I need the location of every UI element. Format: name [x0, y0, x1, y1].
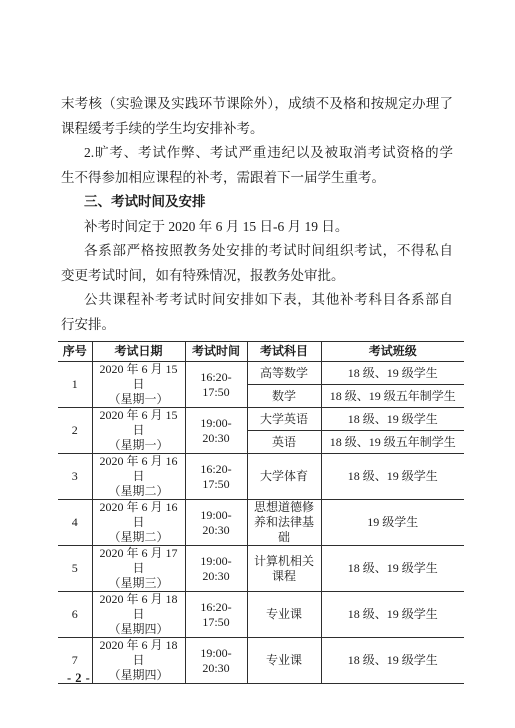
cell-seq: 4: [58, 500, 92, 546]
cell-time: 19:00-20:30: [185, 408, 247, 454]
table-row: 2 2020 年 6 月 15 日 （星期一） 19:00-20:30 大学英语…: [58, 408, 464, 431]
body-line: 2.旷考、考试作弊、考试严重违纪以及被取消考试资格的学: [61, 141, 453, 166]
cell-weekday: （星期一）: [95, 392, 183, 407]
cell-seq: 3: [58, 454, 92, 500]
cell-time: 16:20-17:50: [185, 362, 247, 408]
cell-date-line: 2020 年 6 月 18 日: [95, 592, 183, 622]
cell-subject: 大学英语: [247, 408, 321, 431]
cell-date: 2020 年 6 月 18 日 （星期四）: [92, 592, 185, 638]
col-header-classes: 考试班级: [321, 342, 464, 362]
cell-classes: 18 级、19 级学生: [321, 454, 464, 500]
body-line: 行安排。: [61, 313, 453, 338]
table-row: 3 2020 年 6 月 16 日 （星期二） 16:20-17:50 大学体育…: [58, 454, 464, 500]
body-line: 变更考试时间，如有特殊情况，报教务处审批。: [61, 264, 453, 289]
cell-date: 2020 年 6 月 16 日 （星期二）: [92, 500, 185, 546]
body-line: 课程缓考手续的学生均安排补考。: [61, 117, 453, 142]
cell-classes: 18 级、19 级五年制学生: [321, 431, 464, 454]
cell-seq: 5: [58, 546, 92, 592]
table-row: 1 2020 年 6 月 15 日 （星期一） 16:20-17:50 高等数学…: [58, 362, 464, 385]
cell-subject: 数学: [247, 385, 321, 408]
cell-date-line: 2020 年 6 月 18 日: [95, 638, 183, 668]
cell-subject: 高等数学: [247, 362, 321, 385]
cell-classes: 18 级、19 级五年制学生: [321, 385, 464, 408]
cell-seq: 2: [58, 408, 92, 454]
table-row: 6 2020 年 6 月 18 日 （星期四） 16:20-17:50 专业课 …: [58, 592, 464, 638]
cell-subject: 专业课: [247, 638, 321, 684]
col-header-time: 考试时间: [185, 342, 247, 362]
section-heading: 三、考试时间及安排: [61, 190, 453, 215]
body-line: 补考时间定于 2020 年 6 月 15 日-6 月 19 日。: [61, 215, 453, 240]
cell-classes: 18 级、19 级学生: [321, 592, 464, 638]
table-row: 5 2020 年 6 月 17 日 （星期三） 19:00-20:30 计算机相…: [58, 546, 464, 592]
cell-date-line: 2020 年 6 月 17 日: [95, 546, 183, 576]
body-text: 末考核（实验课及实践环节课除外），成绩不及格和按规定办理了 课程缓考手续的学生均…: [61, 92, 453, 337]
cell-date-line: 2020 年 6 月 15 日: [95, 362, 183, 392]
cell-time: 16:20-17:50: [185, 592, 247, 638]
col-header-date: 考试日期: [92, 342, 185, 362]
page-number: - 2 -: [67, 671, 90, 686]
cell-weekday: （星期四）: [95, 668, 183, 683]
cell-weekday: （星期四）: [95, 622, 183, 637]
cell-time: 19:00-20:30: [185, 638, 247, 684]
cell-subject: 思想道德修养和法律基础: [247, 500, 321, 546]
cell-classes: 18 级、19 级学生: [321, 362, 464, 385]
cell-date: 2020 年 6 月 16 日 （星期二）: [92, 454, 185, 500]
col-header-subject: 考试科目: [247, 342, 321, 362]
cell-weekday: （星期三）: [95, 576, 183, 591]
cell-time: 19:00-20:30: [185, 546, 247, 592]
cell-classes: 19 级学生: [321, 500, 464, 546]
exam-schedule-table: 序号 考试日期 考试时间 考试科目 考试班级 1 2020 年 6 月 15 日…: [58, 341, 464, 684]
cell-date: 2020 年 6 月 17 日 （星期三）: [92, 546, 185, 592]
cell-subject: 专业课: [247, 592, 321, 638]
cell-subject: 计算机相关课程: [247, 546, 321, 592]
cell-date: 2020 年 6 月 18 日 （星期四）: [92, 638, 185, 684]
cell-time: 19:00-20:30: [185, 500, 247, 546]
cell-weekday: （星期二）: [95, 530, 183, 545]
cell-seq: 1: [58, 362, 92, 408]
cell-subject: 大学体育: [247, 454, 321, 500]
cell-weekday: （星期二）: [95, 484, 183, 499]
cell-date-line: 2020 年 6 月 16 日: [95, 500, 183, 530]
cell-subject: 英语: [247, 431, 321, 454]
body-line: 公共课程补考考试时间安排如下表，其他补考科目各系部自: [61, 288, 453, 313]
table-row: 4 2020 年 6 月 16 日 （星期二） 19:00-20:30 思想道德…: [58, 500, 464, 546]
cell-date: 2020 年 6 月 15 日 （星期一）: [92, 362, 185, 408]
body-line: 各系部严格按照教务处安排的考试时间组织考试，不得私自: [61, 239, 453, 264]
table-header-row: 序号 考试日期 考试时间 考试科目 考试班级: [58, 342, 464, 362]
body-line: 生不得参加相应课程的补考，需跟着下一届学生重考。: [61, 166, 453, 191]
cell-date-line: 2020 年 6 月 16 日: [95, 454, 183, 484]
cell-time: 16:20-17:50: [185, 454, 247, 500]
cell-classes: 18 级、19 级学生: [321, 546, 464, 592]
cell-seq: 6: [58, 592, 92, 638]
cell-classes: 18 级、19 级学生: [321, 638, 464, 684]
cell-weekday: （星期一）: [95, 438, 183, 453]
cell-date-line: 2020 年 6 月 15 日: [95, 408, 183, 438]
cell-classes: 18 级、19 级学生: [321, 408, 464, 431]
cell-date: 2020 年 6 月 15 日 （星期一）: [92, 408, 185, 454]
col-header-no: 序号: [58, 342, 92, 362]
body-line: 末考核（实验课及实践环节课除外），成绩不及格和按规定办理了: [61, 92, 453, 117]
table-row: 7 2020 年 6 月 18 日 （星期四） 19:00-20:30 专业课 …: [58, 638, 464, 684]
document-page: 末考核（实验课及实践环节课除外），成绩不及格和按规定办理了 课程缓考手续的学生均…: [0, 0, 515, 728]
